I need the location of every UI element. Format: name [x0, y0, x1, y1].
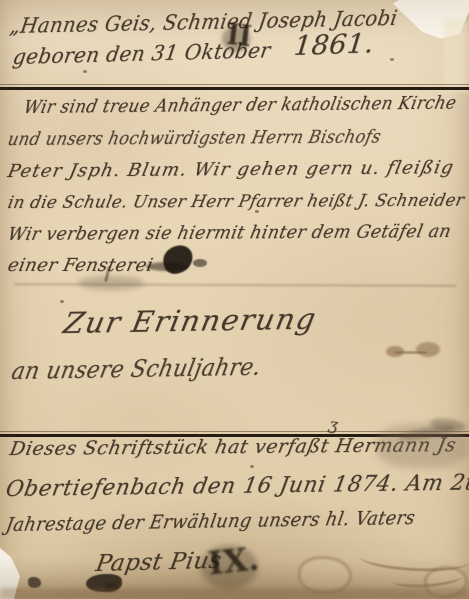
- ink-blot-dot: [193, 259, 207, 267]
- hw-line-body-6: einer Fensterei: [6, 255, 155, 276]
- ink-speck: [390, 58, 394, 61]
- ink-speck: [255, 210, 259, 213]
- ink-speck: [28, 577, 41, 588]
- grime-band-bottom: [0, 588, 469, 599]
- stain-middle-right: [416, 342, 440, 357]
- hw-line-dedication-1: Zur Erinnerung: [61, 302, 320, 340]
- ink-speck: [60, 300, 64, 303]
- hw-line-body-3: Peter Jsph. Blum. Wir gehen gern u. flei…: [6, 157, 456, 182]
- hw-line-body-2: und unsers hochwürdigsten Herrn Bischofs: [6, 126, 383, 150]
- ink-speck: [83, 70, 87, 73]
- document-scan: „Hannes Geis, Schmied Joseph Jacobi gebo…: [0, 0, 469, 599]
- stain-middle-right: [394, 351, 428, 354]
- hw-line-body-5: Wir verbergen sie hiermit hinter dem Get…: [6, 221, 453, 245]
- top-rule-thin: [0, 84, 469, 85]
- top-rule-thick: [0, 87, 469, 90]
- ink-blot-tail: [146, 262, 188, 271]
- ink-speck: [250, 465, 254, 468]
- hw-line-year: 1861.: [292, 28, 375, 62]
- hw-line-body-4: in die Schule. Unser Herr Pfarrer heißt …: [6, 191, 466, 213]
- smudge-on-divider: [78, 276, 144, 290]
- ink-blot-numeral-ii: II: [225, 18, 253, 54]
- ink-blot-numeral-ix: IX.: [206, 539, 261, 582]
- faded-edge-top-right: [444, 20, 469, 92]
- hw-line-dedication-2: an unsere Schuljahre.: [9, 353, 263, 385]
